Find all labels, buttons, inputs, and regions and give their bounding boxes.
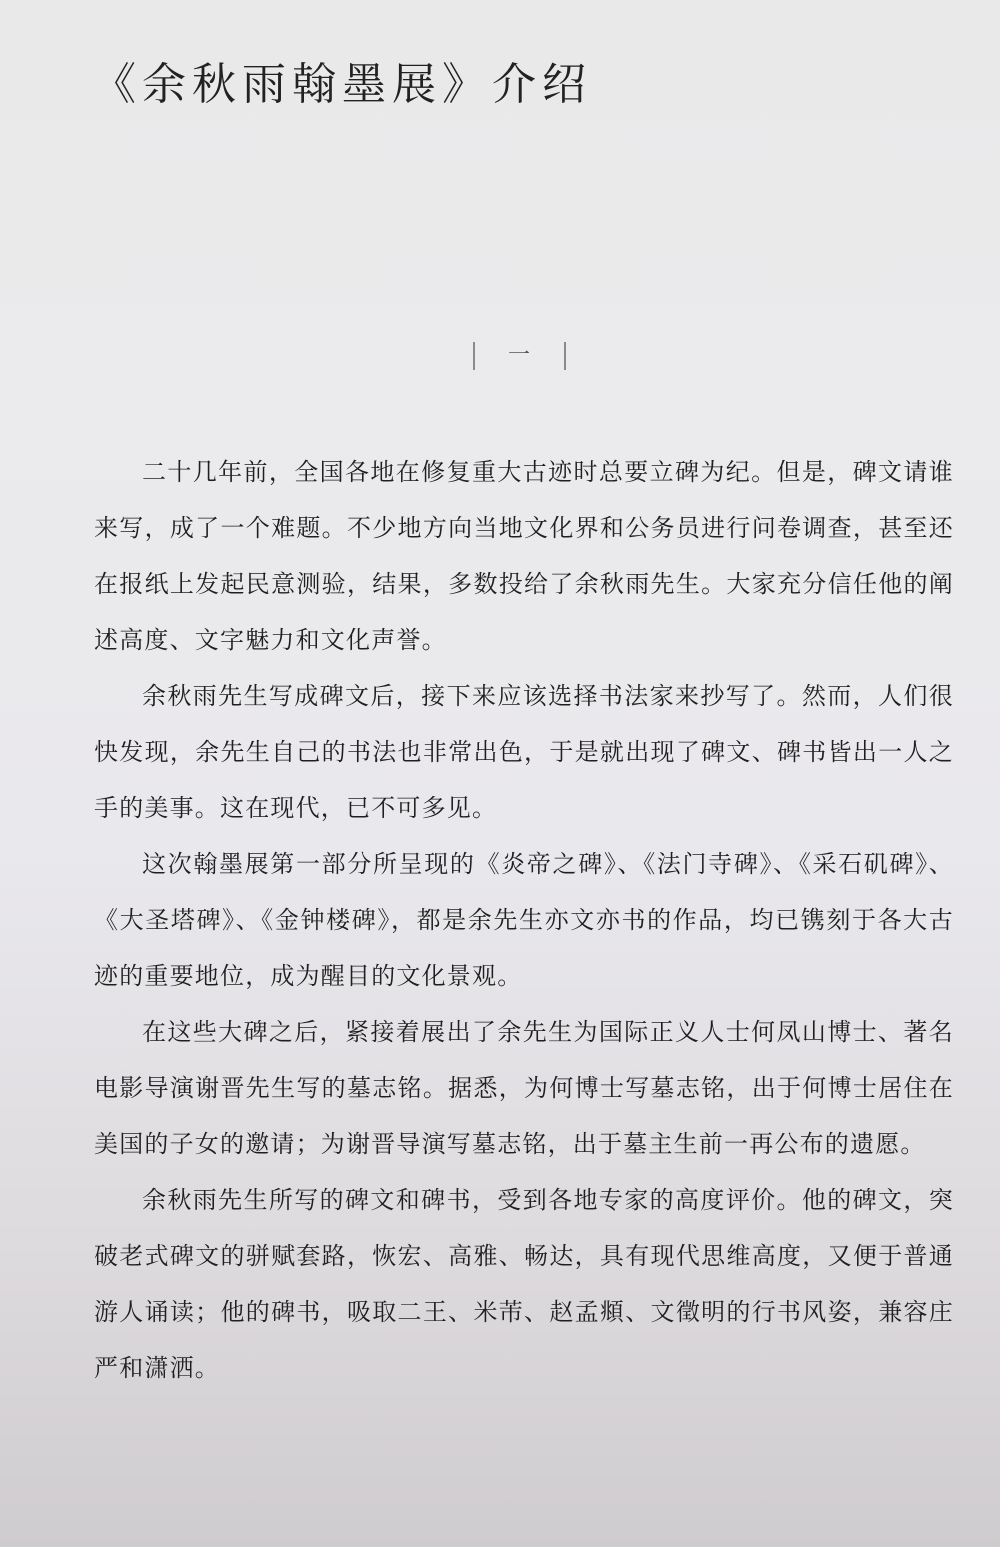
section-marker: 一 [470, 342, 570, 372]
paragraph-3: 这次翰墨展第一部分所呈现的《炎帝之碑》、《法门寺碑》、《采石矶碑》、《大圣塔碑》… [94, 836, 954, 1004]
paragraph-5: 余秋雨先生所写的碑文和碑书，受到各地专家的高度评价。他的碑文，突破老式碑文的骈赋… [94, 1172, 954, 1396]
paragraph-2: 余秋雨先生写成碑文后，接下来应该选择书法家来抄写了。然而，人们很快发现，余先生自… [94, 668, 954, 836]
paragraph-1: 二十几年前，全国各地在修复重大古迹时总要立碑为纪。但是，碑文请谁来写，成了一个难… [94, 444, 954, 668]
paragraph-4: 在这些大碑之后，紧接着展出了余先生为国际正义人士何凤山博士、著名电影导演谢晋先生… [94, 1004, 954, 1172]
section-number: 一 [504, 342, 534, 370]
body-text: 二十几年前，全国各地在修复重大古迹时总要立碑为纪。但是，碑文请谁来写，成了一个难… [94, 444, 954, 1396]
section-marker-right-bar [564, 342, 566, 370]
document-page: 《余秋雨翰墨展》介绍 一 二十几年前，全国各地在修复重大古迹时总要立碑为纪。但是… [0, 0, 1000, 1547]
section-marker-left-bar [473, 342, 475, 370]
page-title: 《余秋雨翰墨展》介绍 [92, 48, 592, 112]
